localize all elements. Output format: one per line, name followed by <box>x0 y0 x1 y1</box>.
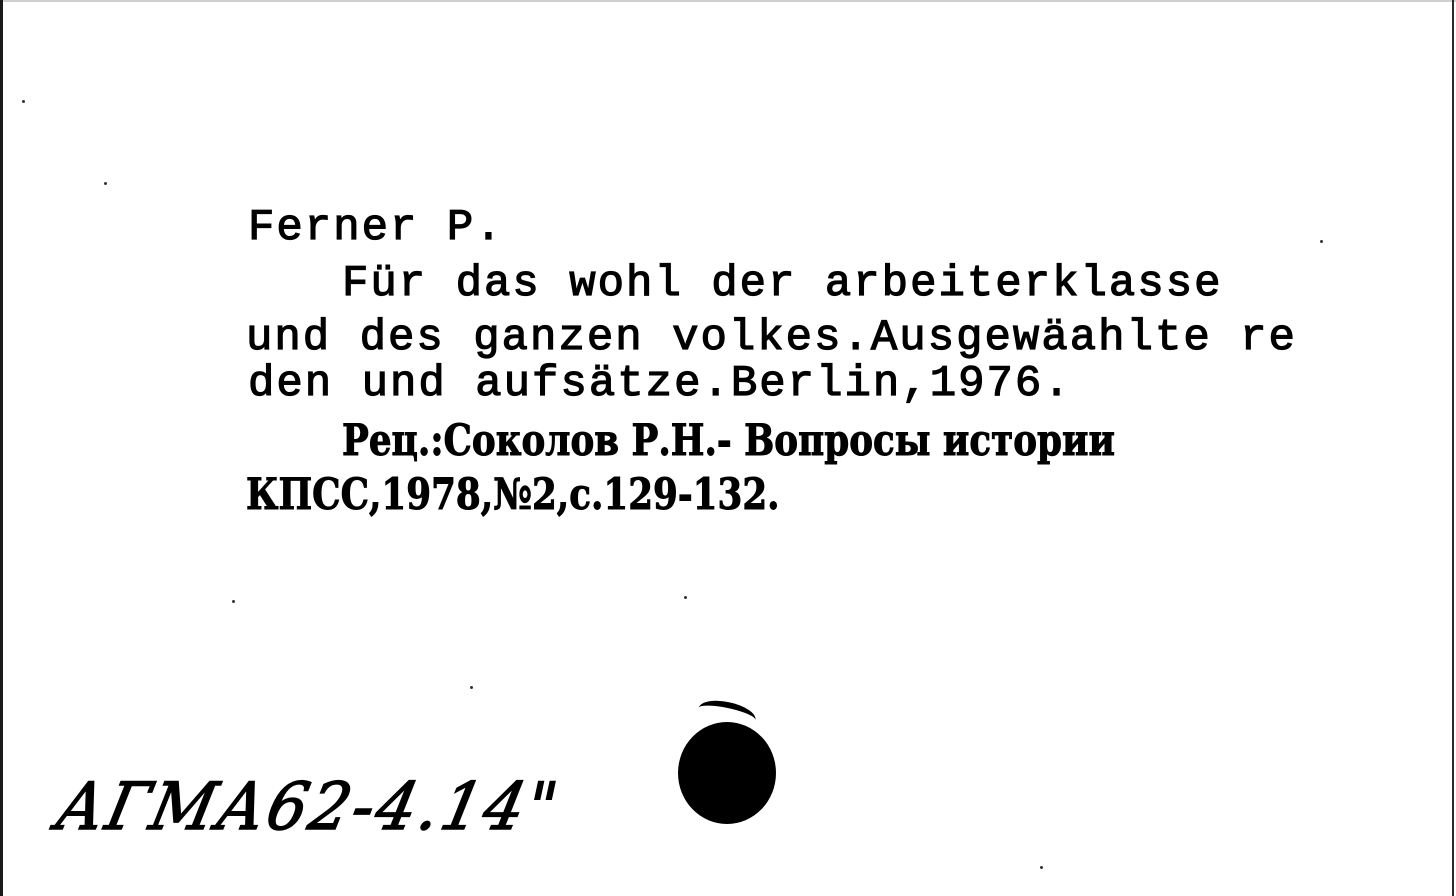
review-line-1: Рец.:Соколов Р.Н.- Вопросы истории <box>342 420 1115 463</box>
title-line-2: und des ganzen volkes.Ausgewäahlte re <box>246 316 1297 360</box>
speck <box>470 686 473 689</box>
speck <box>684 596 687 599</box>
speck <box>104 182 107 185</box>
title-line-1: Für das wohl der arbeiterklasse <box>342 262 1223 306</box>
speck <box>1040 866 1043 869</box>
author-line: Ferner P. <box>248 206 504 250</box>
punch-hole <box>678 722 776 824</box>
catalog-card: Ferner P. Für das wohl der arbeiterklass… <box>0 0 1456 896</box>
card-edge-top <box>0 0 1456 2</box>
review-line-2: КПСС,1978,№2,с.129-132. <box>246 474 780 517</box>
card-edge-left <box>0 0 3 896</box>
title-line-3: den und aufsätze.Berlin,1976. <box>248 362 1072 406</box>
shelf-mark-handwritten: АГМА62-4.14" <box>50 768 567 845</box>
speck <box>1320 240 1323 243</box>
speck <box>232 600 235 603</box>
speck <box>22 100 25 103</box>
card-edge-right <box>1452 0 1454 896</box>
